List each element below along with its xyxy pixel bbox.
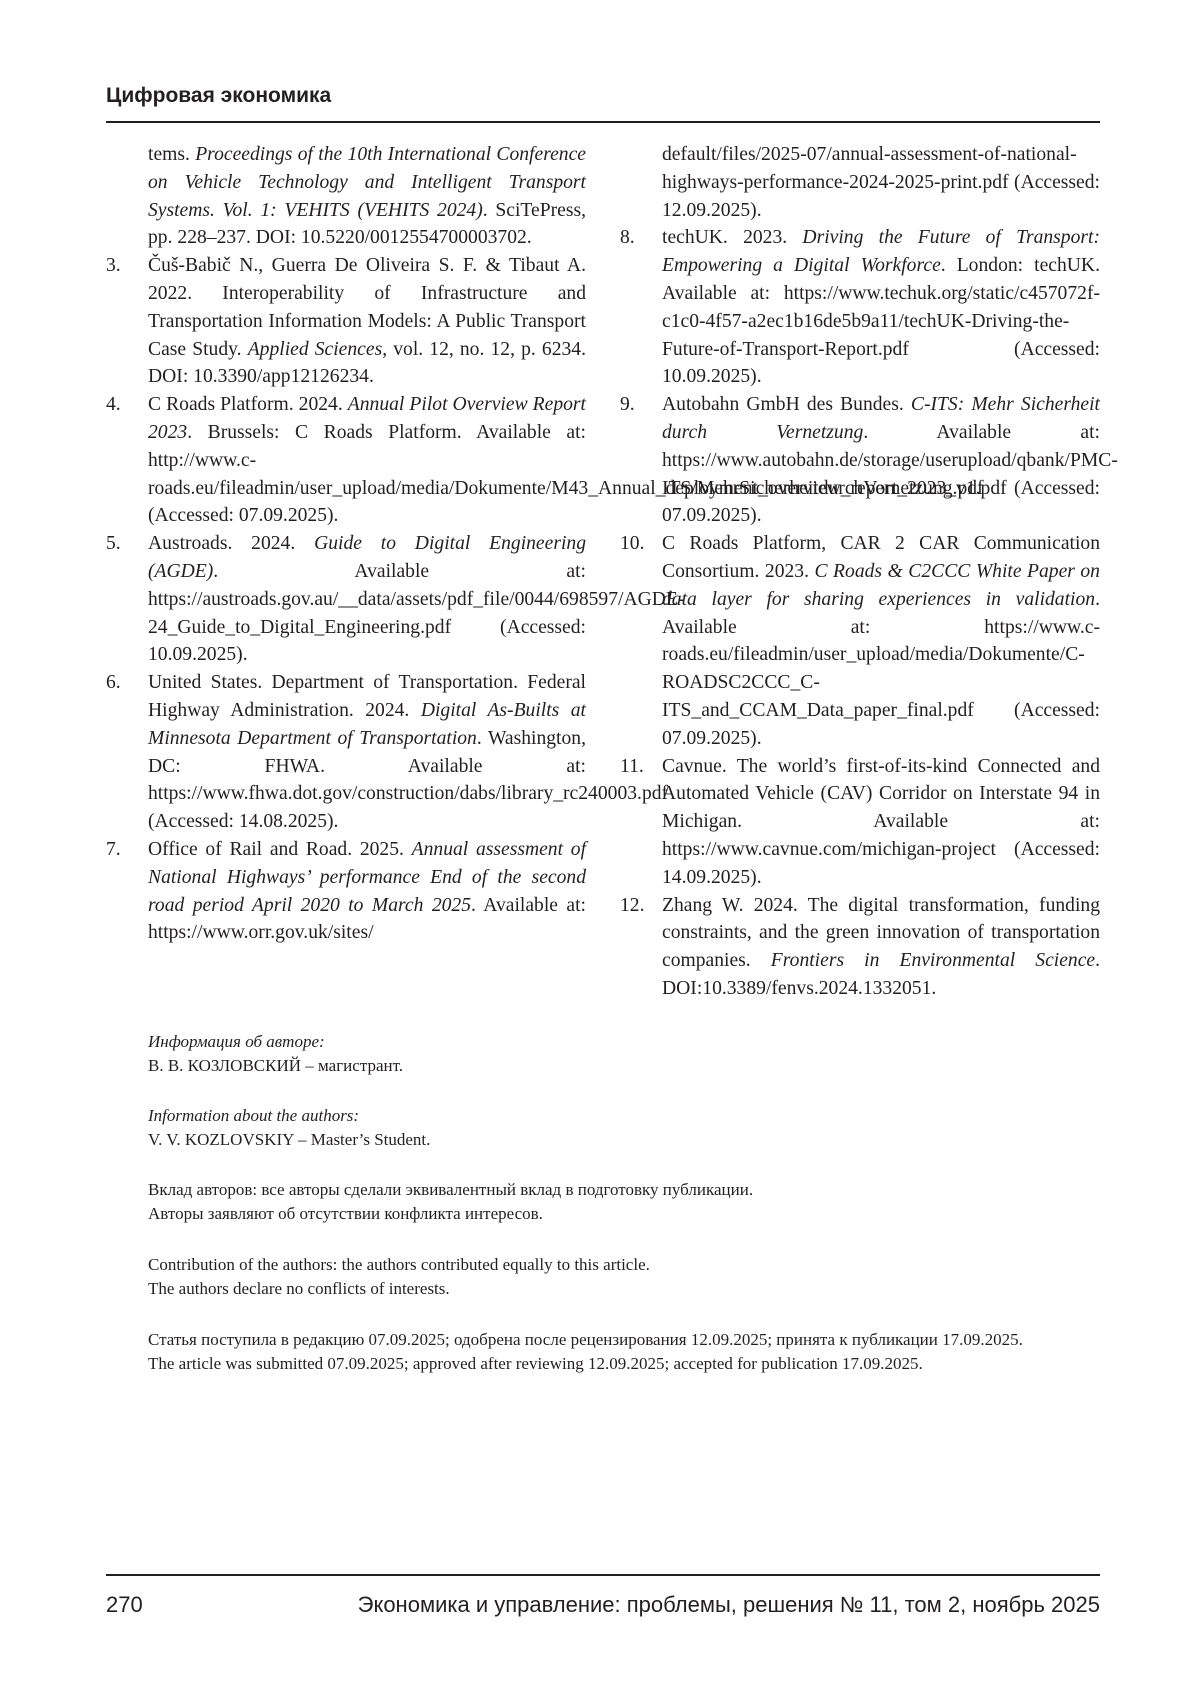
contribution-en: Contribution of the authors: the authors… bbox=[148, 1253, 1108, 1301]
reference-item: 3.Čuš-Babič N., Guerra De Oliveira S. F.… bbox=[106, 252, 586, 391]
running-header-title: Цифровая экономика bbox=[106, 84, 331, 108]
references-column-left: tems. Proceedings of the 10th Internatio… bbox=[106, 141, 586, 947]
page-number: 270 bbox=[106, 1592, 143, 1618]
references-column-right: default/files/2025-07/annual-assessment-… bbox=[620, 141, 1100, 1003]
reference-item: 12.Zhang W. 2024. The digital transforma… bbox=[620, 892, 1100, 1003]
page-footer: 270 Экономика и управление: проблемы, ре… bbox=[106, 1592, 1100, 1618]
reference-item: 11.Cavnue. The world’s first-of-its-kind… bbox=[620, 753, 1100, 892]
reference-item: 6.United States. Department of Transport… bbox=[106, 669, 586, 836]
journal-title: Экономика и управление: проблемы, решени… bbox=[358, 1592, 1100, 1618]
dates-ru: Статья поступила в редакцию 07.09.2025; … bbox=[148, 1328, 1108, 1352]
reference-item: 8.techUK. 2023. Driving the Future of Tr… bbox=[620, 224, 1100, 391]
reference-item: 4.C Roads Platform. 2024. Annual Pilot O… bbox=[106, 391, 586, 530]
reference-item: 7.Office of Rail and Road. 2025. Annual … bbox=[106, 836, 586, 947]
author-info-ru: Информация об авторе: В. В. КОЗЛОВСКИЙ –… bbox=[148, 1030, 1108, 1078]
dates-en: The article was submitted 07.09.2025; ap… bbox=[148, 1352, 1108, 1376]
footer-rule bbox=[106, 1574, 1100, 1576]
contribution-ru: Вклад авторов: все авторы сделали эквива… bbox=[148, 1178, 1108, 1226]
article-dates: Статья поступила в редакцию 07.09.2025; … bbox=[148, 1328, 1108, 1376]
reference-item: 9.Autobahn GmbH des Bundes. C-ITS: Mehr … bbox=[620, 391, 1100, 530]
header-rule bbox=[106, 121, 1100, 123]
author-info-en: Information about the authors: V. V. KOZ… bbox=[148, 1104, 1108, 1152]
reference-continuation: default/files/2025-07/annual-assessment-… bbox=[620, 141, 1100, 224]
reference-item: 10.C Roads Platform, CAR 2 CAR Communica… bbox=[620, 530, 1100, 752]
reference-item: 5.Austroads. 2024. Guide to Digital Engi… bbox=[106, 530, 586, 669]
reference-continuation: tems. Proceedings of the 10th Internatio… bbox=[106, 141, 586, 252]
